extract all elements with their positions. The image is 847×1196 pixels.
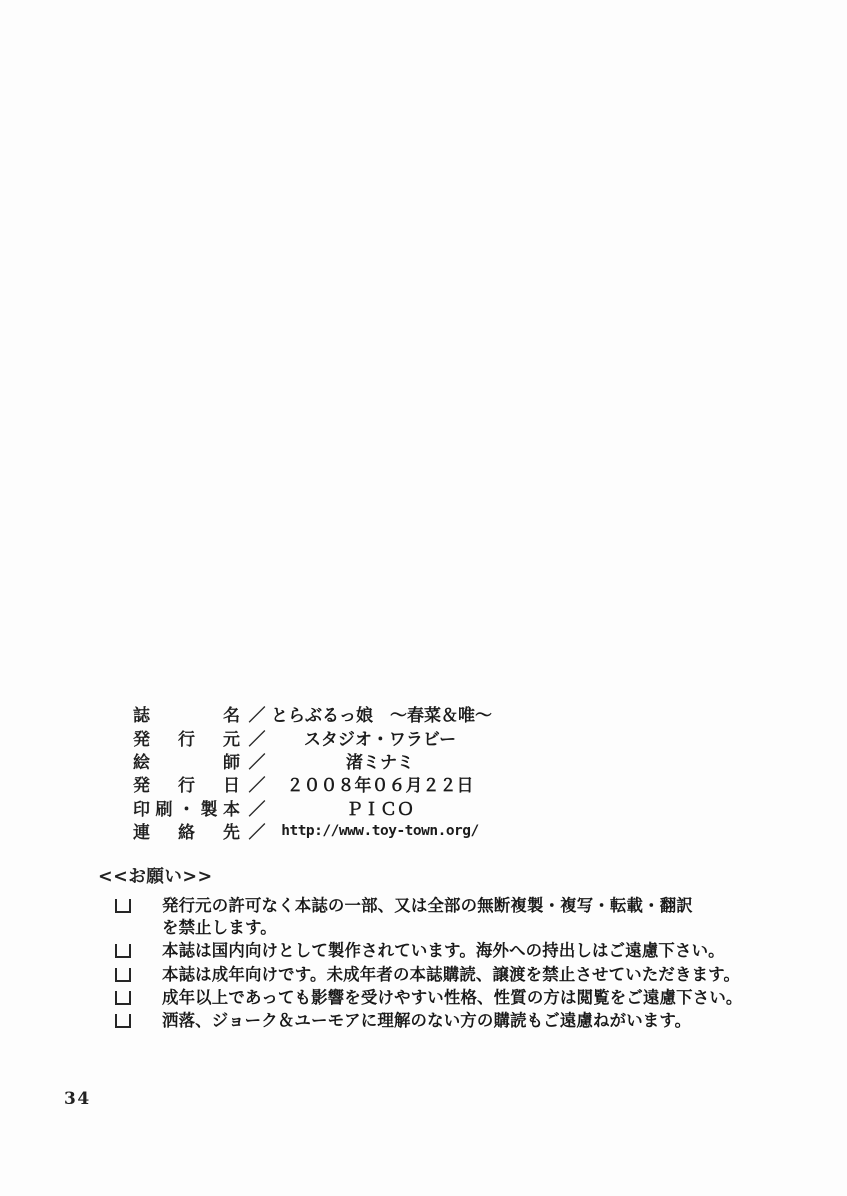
checkbox-icon bbox=[115, 1014, 131, 1028]
separator-slash: ／ bbox=[247, 701, 267, 726]
notice-item-line: 本誌は国内向けとして製作されています。海外への持出しはご遠慮下さい。 bbox=[162, 940, 725, 962]
scanned-document-page: 誌名 ／ とらぶるっ娘 ～春菜＆唯～ 発行元 ／ スタジオ・ワラビー 絵師 ／ … bbox=[0, 0, 847, 1196]
colophon-label-artist: 絵師 bbox=[133, 748, 240, 773]
notice-item-humor-disclaimer: 洒落、ジョーク＆ユーモアに理解のない方の購読もご遠慮ねがいます。 bbox=[98, 1010, 743, 1032]
checkbox-icon bbox=[115, 944, 131, 958]
separator-slash: ／ bbox=[247, 795, 267, 820]
colophon-label-publisher: 発行元 bbox=[133, 725, 240, 750]
colophon-row-publisher: 発行元 ／ スタジオ・ワラビー bbox=[133, 725, 489, 748]
notice-block: <<お願い>> 発行元の許可なく本誌の一部、又は全部の無断複製・複写・転載・翻訳… bbox=[98, 866, 743, 1033]
page-number: 34 bbox=[64, 1089, 91, 1109]
colophon-value-issue-date: ２００８年０６月２２日 bbox=[271, 771, 489, 796]
colophon-row-artist: 絵師 ／ 渚ミナミ bbox=[133, 749, 489, 772]
colophon-value-title: とらぶるっ娘 ～春菜＆唯～ bbox=[271, 701, 489, 726]
notice-item-adults-only: 本誌は成年向けです。未成年者の本誌購読、譲渡を禁止させていただきます。 bbox=[98, 964, 743, 986]
notice-item-copy-prohibition: 発行元の許可なく本誌の一部、又は全部の無断複製・複写・転載・翻訳 を禁止します。 bbox=[98, 895, 743, 939]
colophon-value-publisher: スタジオ・ワラビー bbox=[271, 725, 489, 750]
colophon-label-contact: 連絡先 bbox=[133, 818, 240, 843]
colophon-label-issue-date: 発行日 bbox=[133, 771, 240, 796]
notice-item-line: 洒落、ジョーク＆ユーモアに理解のない方の購読もご遠慮ねがいます。 bbox=[162, 1010, 691, 1032]
checkbox-icon bbox=[115, 991, 131, 1005]
colophon-value-printer: ＰＩＣＯ bbox=[271, 795, 489, 820]
colophon-row-printer: 印刷・製本 ／ ＰＩＣＯ bbox=[133, 796, 489, 819]
separator-slash: ／ bbox=[247, 725, 267, 750]
colophon-block: 誌名 ／ とらぶるっ娘 ～春菜＆唯～ 発行元 ／ スタジオ・ワラビー 絵師 ／ … bbox=[133, 702, 489, 842]
notice-item-line: 発行元の許可なく本誌の一部、又は全部の無断複製・複写・転載・翻訳 bbox=[162, 895, 693, 917]
colophon-label-title: 誌名 bbox=[133, 701, 240, 726]
notice-item-line: 本誌は成年向けです。未成年者の本誌購読、譲渡を禁止させていただきます。 bbox=[162, 964, 740, 986]
notice-item-domestic-only: 本誌は国内向けとして製作されています。海外への持出しはご遠慮下さい。 bbox=[98, 940, 743, 962]
colophon-row-issue-date: 発行日 ／ ２００８年０６月２２日 bbox=[133, 772, 489, 795]
notice-heading: <<お願い>> bbox=[98, 866, 743, 888]
checkbox-icon bbox=[115, 968, 131, 982]
checkbox-icon bbox=[115, 899, 131, 913]
colophon-row-contact: 連絡先 ／ http://www.toy-town.org/ bbox=[133, 819, 489, 842]
contact-url-text: http://www.toy-town.org/ bbox=[271, 823, 489, 839]
notice-item-sensitive-viewers: 成年以上であっても影響を受けやすい性格、性質の方は閲覧をご遠慮下さい。 bbox=[98, 987, 743, 1009]
notice-item-line: を禁止します。 bbox=[162, 917, 693, 939]
colophon-label-printer: 印刷・製本 bbox=[133, 795, 240, 820]
notice-item-line: 成年以上であっても影響を受けやすい性格、性質の方は閲覧をご遠慮下さい。 bbox=[162, 987, 743, 1009]
colophon-value-artist: 渚ミナミ bbox=[271, 748, 489, 773]
notice-items: 発行元の許可なく本誌の一部、又は全部の無断複製・複写・転載・翻訳 を禁止します。… bbox=[98, 895, 743, 1032]
colophon-row-title: 誌名 ／ とらぶるっ娘 ～春菜＆唯～ bbox=[133, 702, 489, 725]
separator-slash: ／ bbox=[247, 818, 267, 843]
separator-slash: ／ bbox=[247, 748, 267, 773]
separator-slash: ／ bbox=[247, 771, 267, 796]
